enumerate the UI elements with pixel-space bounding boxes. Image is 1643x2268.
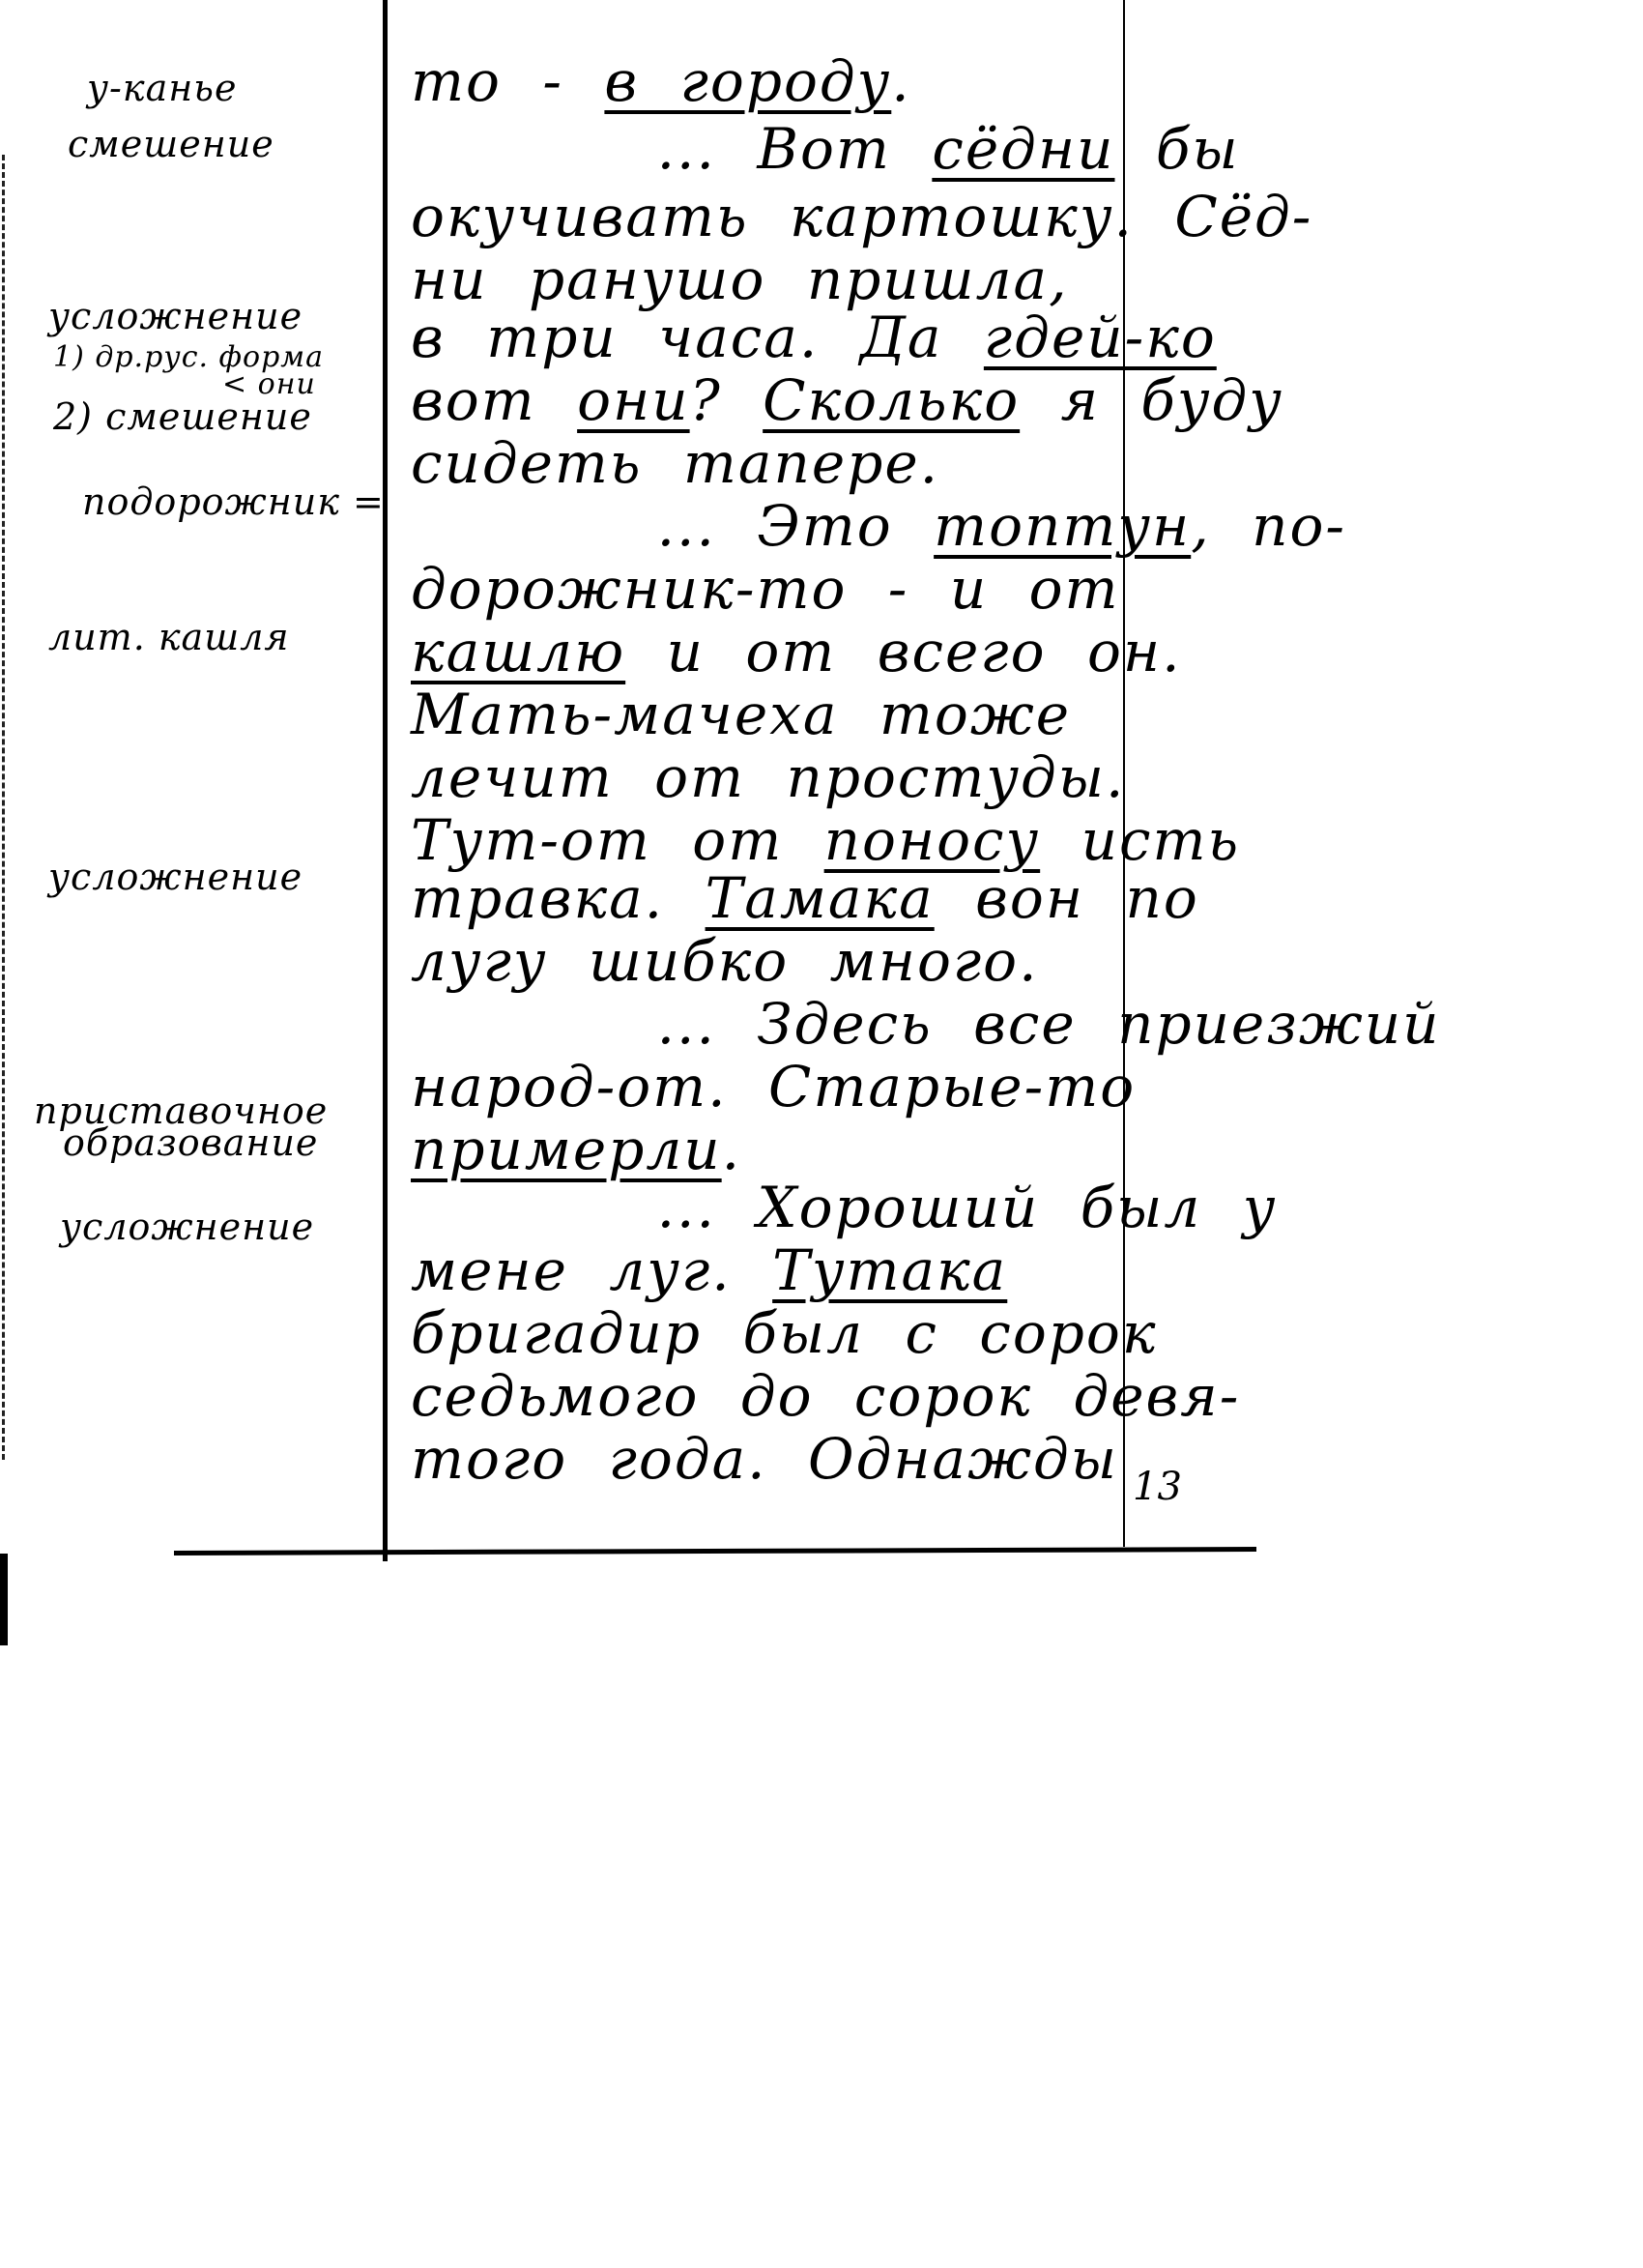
text-line: ... Хороший был у — [411, 1179, 1277, 1236]
underlined-dialect-word: гдей-ко — [984, 305, 1217, 370]
text-fragment: травка. — [411, 865, 706, 931]
text-line: мене луг. Тутака — [411, 1242, 1007, 1298]
text-fragment: дорожник-то - и от — [411, 556, 1120, 622]
text-line: окучивать картошку. Сёд- — [411, 189, 1312, 245]
text-fragment: в три часа. Да — [411, 305, 984, 370]
text-fragment: бригадир был с сорок — [411, 1300, 1157, 1366]
margin-divider-line — [383, 0, 388, 1561]
margin-note: усложнение — [48, 858, 303, 895]
text-fragment: . — [891, 48, 910, 114]
text-line: того года. Однажды — [411, 1431, 1118, 1487]
text-line: примерли. — [411, 1121, 741, 1178]
underlined-dialect-word: примерли — [411, 1117, 722, 1182]
text-fragment: Тут-от от — [411, 807, 824, 873]
text-line: кашлю и от всего он. — [411, 624, 1182, 680]
text-fragment: сидеть тапере. — [411, 430, 939, 496]
underlined-dialect-word: топтун — [934, 493, 1191, 559]
underlined-dialect-word: кашлю — [411, 619, 625, 684]
text-fragment: ? — [690, 367, 764, 433]
margin-note: усложнение — [48, 298, 303, 334]
text-line: Тут-от от поносу исть — [411, 812, 1240, 868]
text-line: сидеть тапере. — [411, 435, 939, 491]
scan-edge-mark — [0, 1554, 8, 1645]
text-fragment: Мать-мачеха тоже — [411, 682, 1071, 747]
margin-note: лит. кашля — [48, 619, 290, 655]
text-line: ... Вот сёдни бы — [411, 121, 1240, 177]
underlined-dialect-word: сёдни — [932, 116, 1114, 182]
text-fragment: то - — [411, 48, 604, 114]
text-line: в три часа. Да гдей-ко — [411, 309, 1217, 365]
text-fragment: вот — [411, 367, 577, 433]
bottom-border-line — [174, 1547, 1256, 1556]
text-line: то - в городу. — [411, 53, 911, 109]
margin-note: усложнение — [60, 1208, 314, 1245]
text-line: вот они? Сколько я буду — [411, 372, 1283, 428]
margin-note: образование — [63, 1124, 318, 1161]
text-fragment: , по- — [1191, 493, 1346, 559]
document-page: у-каньесмешениеусложнение1) др.рус. форм… — [0, 0, 1643, 2268]
text-fragment: . — [722, 1117, 741, 1182]
text-line: бригадир был с сорок — [411, 1305, 1157, 1361]
margin-note: смешение — [68, 126, 274, 162]
text-line: лугу шибко много. — [411, 933, 1039, 989]
text-fragment: вон по — [935, 865, 1199, 931]
text-fragment: окучивать картошку. Сёд- — [411, 184, 1312, 249]
text-line: травка. Тамака вон по — [411, 870, 1199, 926]
underlined-dialect-word: в городу — [604, 48, 891, 114]
text-fragment: бы — [1114, 116, 1239, 182]
text-fragment: ... Хороший был у — [411, 1175, 1277, 1240]
text-fragment: и от всего он. — [625, 619, 1181, 684]
underlined-dialect-word: Сколько — [763, 367, 1020, 433]
text-fragment: седьмого до сорок девя- — [411, 1363, 1240, 1429]
text-fragment: ... Это — [411, 493, 934, 559]
text-fragment: народ-от. Старые-то — [411, 1054, 1136, 1119]
text-fragment: лечит от простуды. — [411, 744, 1125, 810]
text-line: народ-от. Старые-то — [411, 1059, 1136, 1115]
underlined-dialect-word: Тамака — [706, 865, 935, 931]
text-line: седьмого до сорок девя- — [411, 1368, 1240, 1424]
text-fragment: лугу шибко много. — [411, 928, 1039, 994]
scan-edge-dashed-line — [2, 155, 8, 1460]
text-fragment: ... Вот — [411, 116, 932, 182]
text-line: ... Это топтун, по- — [411, 498, 1346, 554]
margin-note: 2) смешение — [53, 398, 312, 435]
text-line: лечит от простуды. — [411, 749, 1125, 805]
margin-note: подорожник = — [82, 483, 385, 520]
text-fragment: ... Здесь все приезжий — [411, 991, 1441, 1057]
text-fragment: исть — [1040, 807, 1240, 873]
text-fragment: того года. Однажды — [411, 1426, 1118, 1492]
text-line: дорожник-то - и от — [411, 561, 1120, 617]
underlined-dialect-word: поносу — [824, 807, 1041, 873]
text-line: Мать-мачеха тоже — [411, 686, 1071, 742]
text-fragment: мене луг. — [411, 1237, 772, 1303]
underlined-dialect-word: они — [577, 367, 689, 433]
text-line: ни ранушо пришла, — [411, 251, 1069, 307]
text-line: ... Здесь все приезжий — [411, 996, 1441, 1052]
margin-note: у-канье — [87, 70, 237, 106]
text-fragment: я буду — [1020, 367, 1283, 433]
underlined-dialect-word: Тутака — [772, 1237, 1007, 1303]
page-number: 13 — [1133, 1465, 1182, 1509]
text-fragment: ни ранушо пришла, — [411, 247, 1069, 312]
